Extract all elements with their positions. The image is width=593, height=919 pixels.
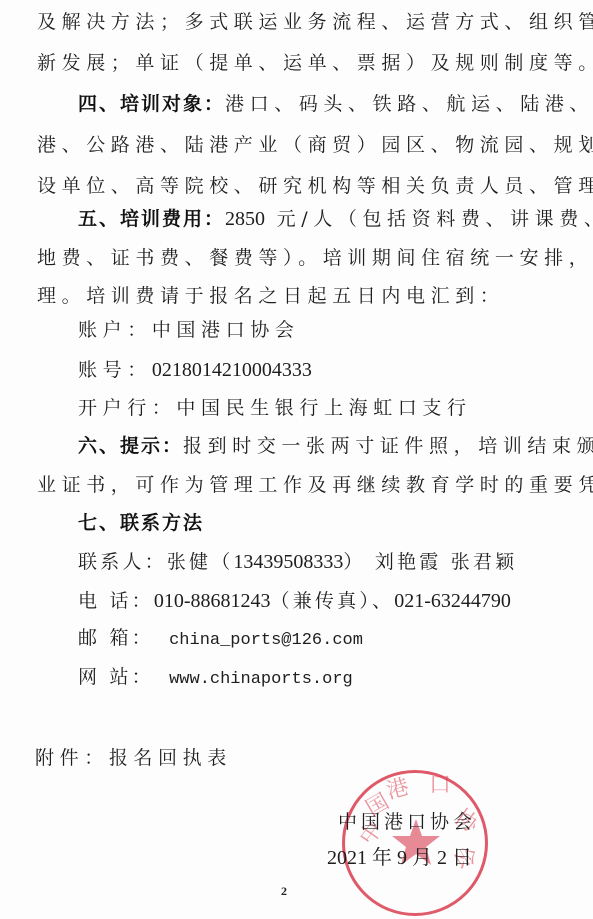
contact-person-line: 联系人：张健（13439508333） 刘艳霞 张君颖 xyxy=(78,550,517,574)
attachment-label: 附件： xyxy=(35,747,109,769)
section-5-line-2: 地费、证书费、餐费等）。培训期间住宿统一安排，费用自 xyxy=(37,246,593,270)
section-5-line-1: 五、培训费用：2850 元/人（包括资料费、讲课费、场 xyxy=(78,207,593,231)
contact-label: 联系人： xyxy=(78,551,167,573)
document-page: 及解决方法；多式联运业务流程、运营方式、组织管理和创 新发展；单证（提单、运单、… xyxy=(0,0,593,919)
contact-close-paren: ） xyxy=(343,551,365,573)
section-5-text: 元/人（包括资料费、讲课费、场 xyxy=(265,208,593,230)
bank-line: 开户行：中国民生银行上海虹口支行 xyxy=(78,396,472,420)
section-4-line-3: 设单位、高等院校、研究机构等相关负责人员、管理人员。 xyxy=(37,174,593,198)
intro-line-1: 及解决方法；多式联运业务流程、运营方式、组织管理和创 xyxy=(37,10,593,34)
attachment-value[interactable]: 报名回执表 xyxy=(109,747,232,769)
seal-char: 港 xyxy=(385,777,412,804)
section-7-line-1: 七、联系方法 xyxy=(78,511,204,535)
account-number-line: 账号：0218014210004333 xyxy=(78,358,312,382)
email-value[interactable]: china_ports@126.com xyxy=(169,631,363,650)
section-4-heading: 四、培训对象： xyxy=(78,93,225,115)
seal-char: 口 xyxy=(429,775,451,797)
phone-line: 电 话：010-88681243（兼传真）、021-63244790 xyxy=(78,589,511,613)
section-4-line-1: 四、培训对象：港口、码头、铁路、航运、陆港、无水 xyxy=(78,92,593,116)
contact-others: 刘艳霞 张君颖 xyxy=(366,551,518,573)
bank-label: 开户行： xyxy=(78,397,176,419)
email-line: 邮 箱： china_ports@126.com xyxy=(78,626,363,650)
phone-1: 010-88681243 xyxy=(154,590,271,612)
website-line: 网 站： www.chinaports.org xyxy=(78,665,353,689)
account-number-value: 0218014210004333 xyxy=(152,359,312,381)
contact-name-1: 张健（ xyxy=(167,551,234,573)
section-4-text: 港口、码头、铁路、航运、陆港、无水 xyxy=(225,93,593,115)
phone-note: （兼传真）、 xyxy=(271,590,395,612)
bank-value: 中国民生银行上海虹口支行 xyxy=(176,397,471,419)
section-5-line-3: 理。培训费请于报名之日起五日内电汇到： xyxy=(37,284,504,308)
account-value: 中国港口协会 xyxy=(152,319,300,341)
intro-line-2: 新发展；单证（提单、运单、票据）及规则制度等。 xyxy=(37,51,593,75)
account-line: 账户：中国港口协会 xyxy=(78,318,299,342)
account-number-label: 账号： xyxy=(78,359,152,381)
section-6-text: 报到时交一张两寸证件照，培训结束颁发结 xyxy=(183,435,593,457)
account-label: 账户： xyxy=(78,319,152,341)
phone-label: 电 话： xyxy=(78,590,154,612)
section-7-heading: 七、联系方法 xyxy=(78,512,204,534)
signature-date: 2021 年 9 月 2 日 xyxy=(327,846,472,870)
official-seal: 中 国 港 口 协 会 xyxy=(342,770,488,916)
section-6-line-2: 业证书，可作为管理工作及再继续教育学时的重要凭证。 xyxy=(37,473,593,497)
email-label: 邮 箱： xyxy=(78,627,154,649)
section-4-line-2: 港、公路港、陆港产业（商贸）园区、物流园、规划设计建 xyxy=(37,133,593,157)
attachment-line: 附件：报名回执表 xyxy=(35,746,232,770)
page-number: 2 xyxy=(281,884,287,899)
section-6-heading: 六、提示： xyxy=(78,435,183,457)
contact-phone-1: 13439508333 xyxy=(233,551,343,573)
section-6-line-1: 六、提示：报到时交一张两寸证件照，培训结束颁发结 xyxy=(78,434,593,458)
signature-organization: 中国港口协会 xyxy=(338,810,476,834)
fee-amount: 2850 xyxy=(225,208,265,230)
phone-2: 021-63244790 xyxy=(394,590,511,612)
website-value[interactable]: www.chinaports.org xyxy=(169,670,353,689)
website-label: 网 站： xyxy=(78,666,154,688)
section-5-heading: 五、培训费用： xyxy=(78,208,225,230)
